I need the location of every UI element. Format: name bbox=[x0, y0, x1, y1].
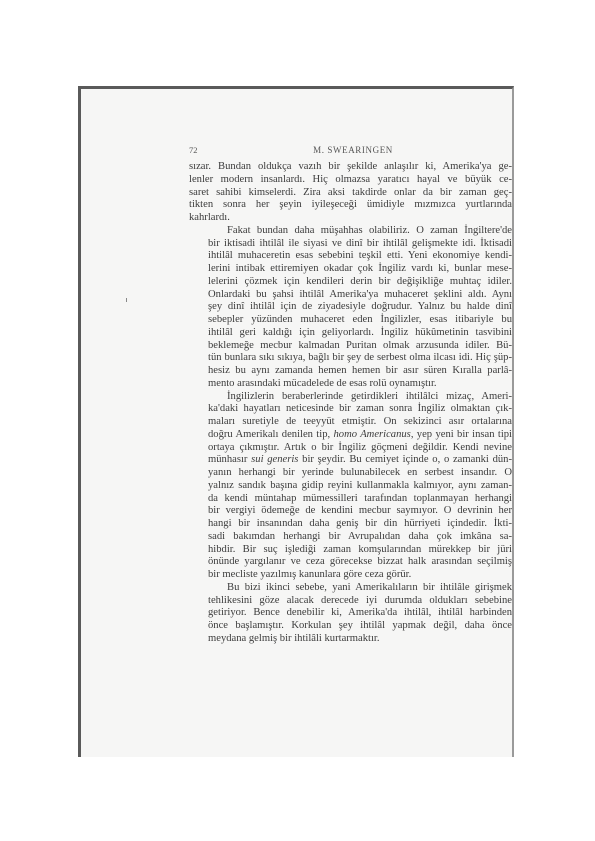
text-line: hesiz bu aynı zamanda hemen hemen bir as… bbox=[189, 365, 512, 378]
text-line: münhasır sui generis bir şeydir. Bu cemi… bbox=[189, 454, 512, 467]
paragraph-2: Fakat bundan daha müşahhas olabiliriz. O… bbox=[189, 225, 512, 391]
text-line: yanın herhangi bir yerinde bulunabilecek… bbox=[189, 467, 512, 480]
text-line: mento arasındaki mücadelede de esas rolü… bbox=[189, 378, 512, 391]
text-line: meydana gelmiş bir ihtilâli kurtarmaktır… bbox=[189, 633, 512, 646]
paragraph-4: Bu bizi ikinci sebebe, yani Amerikalılar… bbox=[189, 582, 512, 646]
text-line: beklemeğe mecbur kalmadan Puritan olmak … bbox=[189, 340, 512, 353]
text-line: maları suretiyle de teeyyüt etmiştir. On… bbox=[189, 416, 512, 429]
margin-mark bbox=[126, 298, 127, 302]
text-line: lelerini çözmek için kendileri derin bir… bbox=[189, 276, 512, 289]
italic-phrase: homo Americanus bbox=[334, 429, 411, 440]
text-line: önce başlamıştır. Korkulan şey ihtilâl y… bbox=[189, 620, 512, 633]
text-line: da kendi müntahap mümessilleri tarafında… bbox=[189, 493, 512, 506]
text-line: tün bunlara sıkı sıkıya, bağlı bir şey d… bbox=[189, 352, 512, 365]
text-line: Onlardaki bu şahsi ihtilâl Amerika'ya mu… bbox=[189, 289, 512, 302]
text-line: tikten sonra her şeyin iyileşeceği ümidi… bbox=[189, 199, 512, 212]
text-line: saret sahibi kimselerdi. Zira aksi takdi… bbox=[189, 187, 512, 200]
paragraph-1: sızar. Bundan oldukça vazıh bir şekilde … bbox=[189, 161, 512, 225]
running-head: 72 M. SWEARINGEN bbox=[189, 145, 512, 159]
text-line: yalnız sandık başına gidip reyini kullan… bbox=[189, 480, 512, 493]
text-line: sebepler yüzünden muhaceret eden İngiliz… bbox=[189, 314, 512, 327]
running-title: M. SWEARINGEN bbox=[189, 145, 517, 155]
text-line: sızar. Bundan oldukça vazıh bir şekilde … bbox=[189, 161, 512, 174]
italic-phrase: sui generis bbox=[251, 454, 298, 465]
text-line: tehlikesini göze alacak derecede iyi dur… bbox=[189, 595, 512, 608]
text-line: doğru Amerikalı denilen tip, homo Americ… bbox=[189, 429, 512, 442]
text-line: İngilizlerin beraberlerinde getirdikleri… bbox=[189, 391, 512, 404]
text-line: lenler modern insanlardı. Hiç olmazsa ya… bbox=[189, 174, 512, 187]
text-line: bir vergiyi ödemeğe de kendini mecbur sa… bbox=[189, 505, 512, 518]
text-line: kahrlardı. bbox=[189, 212, 512, 225]
body-text: sızar. Bundan oldukça vazıh bir şekilde … bbox=[189, 161, 512, 646]
text-line: sadi bakımdan herhangi bir Avrupalıdan d… bbox=[189, 531, 512, 544]
text-line: lerini intibak ettiremiyen okadar çok İn… bbox=[189, 263, 512, 276]
text-line: hibdir. Bir suç işlediği zaman komşuları… bbox=[189, 544, 512, 557]
text-line: Bu bizi ikinci sebebe, yani Amerikalılar… bbox=[189, 582, 512, 595]
text-line: şey dinî ihtilâl için de ziyadesiyle doğ… bbox=[189, 301, 512, 314]
text-line: bir mecliste yazılmış kanunlara göre cez… bbox=[189, 569, 512, 582]
paragraph-3: İngilizlerin beraberlerinde getirdikleri… bbox=[189, 391, 512, 582]
text-line: bir iktisadi ihtilâl ile siyasi ve dinî … bbox=[189, 238, 512, 251]
text-line: hangi bir insanından daha geniş bir din … bbox=[189, 518, 512, 531]
text-line: ihtilâl muhaceretin esas sebebini teşkil… bbox=[189, 250, 512, 263]
text-line: ka'daki hayatları neticesinde bir zaman … bbox=[189, 403, 512, 416]
text-line: ihtilâl geri kaldığı için geliyorlardı. … bbox=[189, 327, 512, 340]
text-line: Fakat bundan daha müşahhas olabiliriz. O… bbox=[189, 225, 512, 238]
text-line: önünde yargılanır ve ceza görecekse bizz… bbox=[189, 556, 512, 569]
text-line: ortaya çıkmıştır. Artık o bir İngiliz gö… bbox=[189, 442, 512, 455]
text-line: getiriyor. Bence denebilir ki, Amerika'd… bbox=[189, 607, 512, 620]
